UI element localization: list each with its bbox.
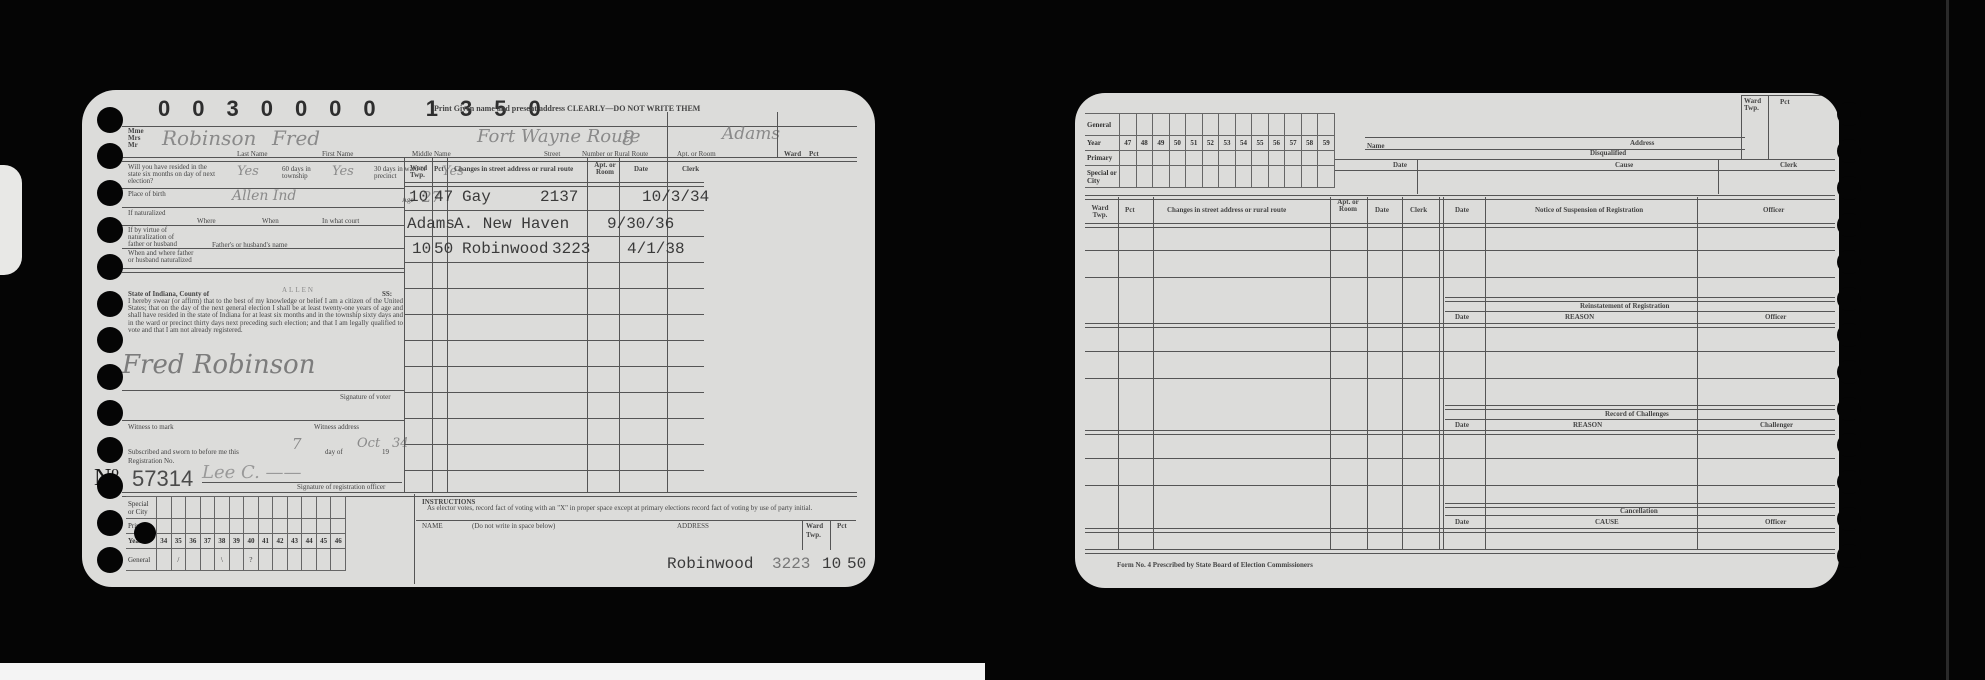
back-ward-label: Ward Twp. xyxy=(1744,98,1766,112)
first-name-value: Fred xyxy=(272,126,320,150)
reinstatement-title: Reinstatement of Registration xyxy=(1580,302,1669,310)
birth-value: Allen Ind xyxy=(232,188,296,204)
officer-signature-label: Signature of registration officer xyxy=(297,483,385,491)
birth-label: Place of birth xyxy=(128,191,168,198)
reinstatement-officer-label: Officer xyxy=(1765,313,1786,321)
address-label: ADDRESS xyxy=(677,522,709,530)
suspension-officer-label: Officer xyxy=(1763,206,1784,214)
disq-date-label: Date xyxy=(1393,161,1407,169)
scan-line-artifact xyxy=(1946,0,1949,680)
reinstatement-date-label: Date xyxy=(1455,313,1469,321)
challenger-label: Challenger xyxy=(1760,421,1793,429)
cancellation-officer-label: Officer xyxy=(1765,518,1786,526)
back-col-clerk: Clerk xyxy=(1410,206,1427,214)
county-value: ALLEN xyxy=(282,286,315,294)
bottom-pct-label: Pct xyxy=(837,522,847,530)
year-prefix: 19 xyxy=(382,448,389,456)
court-label: In what court xyxy=(322,217,359,225)
when-label: When xyxy=(262,217,279,225)
back-address-label: Address xyxy=(1630,139,1654,147)
title-prefixes: MmeMrsMr xyxy=(128,128,144,149)
witness-label: Witness to mark xyxy=(128,423,174,431)
township-answer: Yes xyxy=(332,164,354,179)
bottom-ward-label: Ward Twp. xyxy=(806,522,828,540)
form-footer: Form No. 4 Prescribed by State Board of … xyxy=(1117,561,1313,569)
township-label: 60 days in township xyxy=(282,166,330,180)
back-col-pct: Pct xyxy=(1125,206,1135,214)
col-apt: Apt. or Room xyxy=(594,162,616,176)
virtue-label: If by virtue of naturalization of father… xyxy=(128,227,190,248)
col-date: Date xyxy=(634,165,648,173)
number-value: 8 xyxy=(622,126,635,150)
day-of-label: day of xyxy=(325,448,343,456)
challenges-date-label: Date xyxy=(1455,421,1469,429)
col-ward: Ward Twp. xyxy=(410,165,430,179)
voter-signature: Fred Robinson xyxy=(122,350,315,380)
scan-margin-bar xyxy=(0,663,985,680)
scan-edge-artifact xyxy=(0,165,22,275)
cancellation-cause-label: CAUSE xyxy=(1595,518,1619,526)
signature-label: Signature of voter xyxy=(340,393,391,401)
voting-record-grid-back: General Year 47484950515253545556575859 … xyxy=(1085,113,1335,188)
state-question: Will you have resided in the state six m… xyxy=(128,164,218,185)
col-address: Changes in street address or rural route xyxy=(454,165,573,173)
officer-signature: Lee C. —— xyxy=(202,462,302,483)
challenges-title: Record of Challenges xyxy=(1605,410,1669,418)
where-label: Where xyxy=(197,217,216,225)
subscribed-label: Subscribed and sworn to before me this xyxy=(128,448,239,456)
col-clerk: Clerk xyxy=(682,165,699,173)
reg-no-label: Registration No. xyxy=(128,457,174,465)
father-naturalized-label: When and where father or husband natural… xyxy=(128,250,198,264)
oath-text: I hereby swear (or affirm) that to the b… xyxy=(128,298,403,334)
street-value: Fort Wayne Route xyxy=(477,126,641,147)
naturalized-label: If naturalized xyxy=(128,210,168,217)
disqualified-label: Disqualified xyxy=(1590,149,1626,157)
day-value: 7 xyxy=(292,435,302,453)
disq-cause-label: Cause xyxy=(1615,161,1633,169)
month-value: Oct xyxy=(357,436,380,451)
suspension-title: Notice of Suspension of Registration xyxy=(1535,206,1643,214)
back-col-date: Date xyxy=(1375,206,1389,214)
voter-registration-card-front: 0030000 1350 Print Given name and presen… xyxy=(82,90,875,587)
apt-value: Adams xyxy=(722,124,780,144)
back-col-apt: Apt. or Room xyxy=(1337,199,1359,213)
suspension-date-label: Date xyxy=(1455,206,1469,214)
back-col-ward: Ward Twp. xyxy=(1088,205,1112,219)
last-name-value: Robinson xyxy=(162,126,256,150)
back-col-address: Changes in street address or rural route xyxy=(1167,206,1286,214)
bottom-ward-value: 10 xyxy=(822,555,841,573)
instructions-text: As elector votes, record fact of voting … xyxy=(427,505,842,512)
voting-record-grid: Special or City Primary Year 34353637383… xyxy=(126,496,346,571)
cancellation-date-label: Date xyxy=(1455,518,1469,526)
bottom-number-value: 3223 xyxy=(772,555,810,573)
back-pct-label: Pct xyxy=(1780,98,1790,106)
voter-registration-card-back: General Year 47484950515253545556575859 … xyxy=(1075,93,1839,588)
col-pct: Pct xyxy=(434,165,444,173)
cancellation-title: Cancellation xyxy=(1620,507,1658,515)
name-label: NAME xyxy=(422,522,443,530)
registration-number: 57314 xyxy=(132,466,193,492)
challenges-reason-label: REASON xyxy=(1573,421,1602,429)
witness-address-label: Witness address xyxy=(314,423,359,431)
header-instruction: Print Given name and present address CLE… xyxy=(434,104,700,113)
reinstatement-reason-label: REASON xyxy=(1565,313,1594,321)
disq-clerk-label: Clerk xyxy=(1780,161,1797,169)
state-answer: Yes xyxy=(237,164,259,179)
bottom-address-value: Robinwood xyxy=(667,555,753,573)
do-not-write-label: (Do not write in space below) xyxy=(472,522,555,530)
bottom-pct-value: 50 xyxy=(847,555,866,573)
